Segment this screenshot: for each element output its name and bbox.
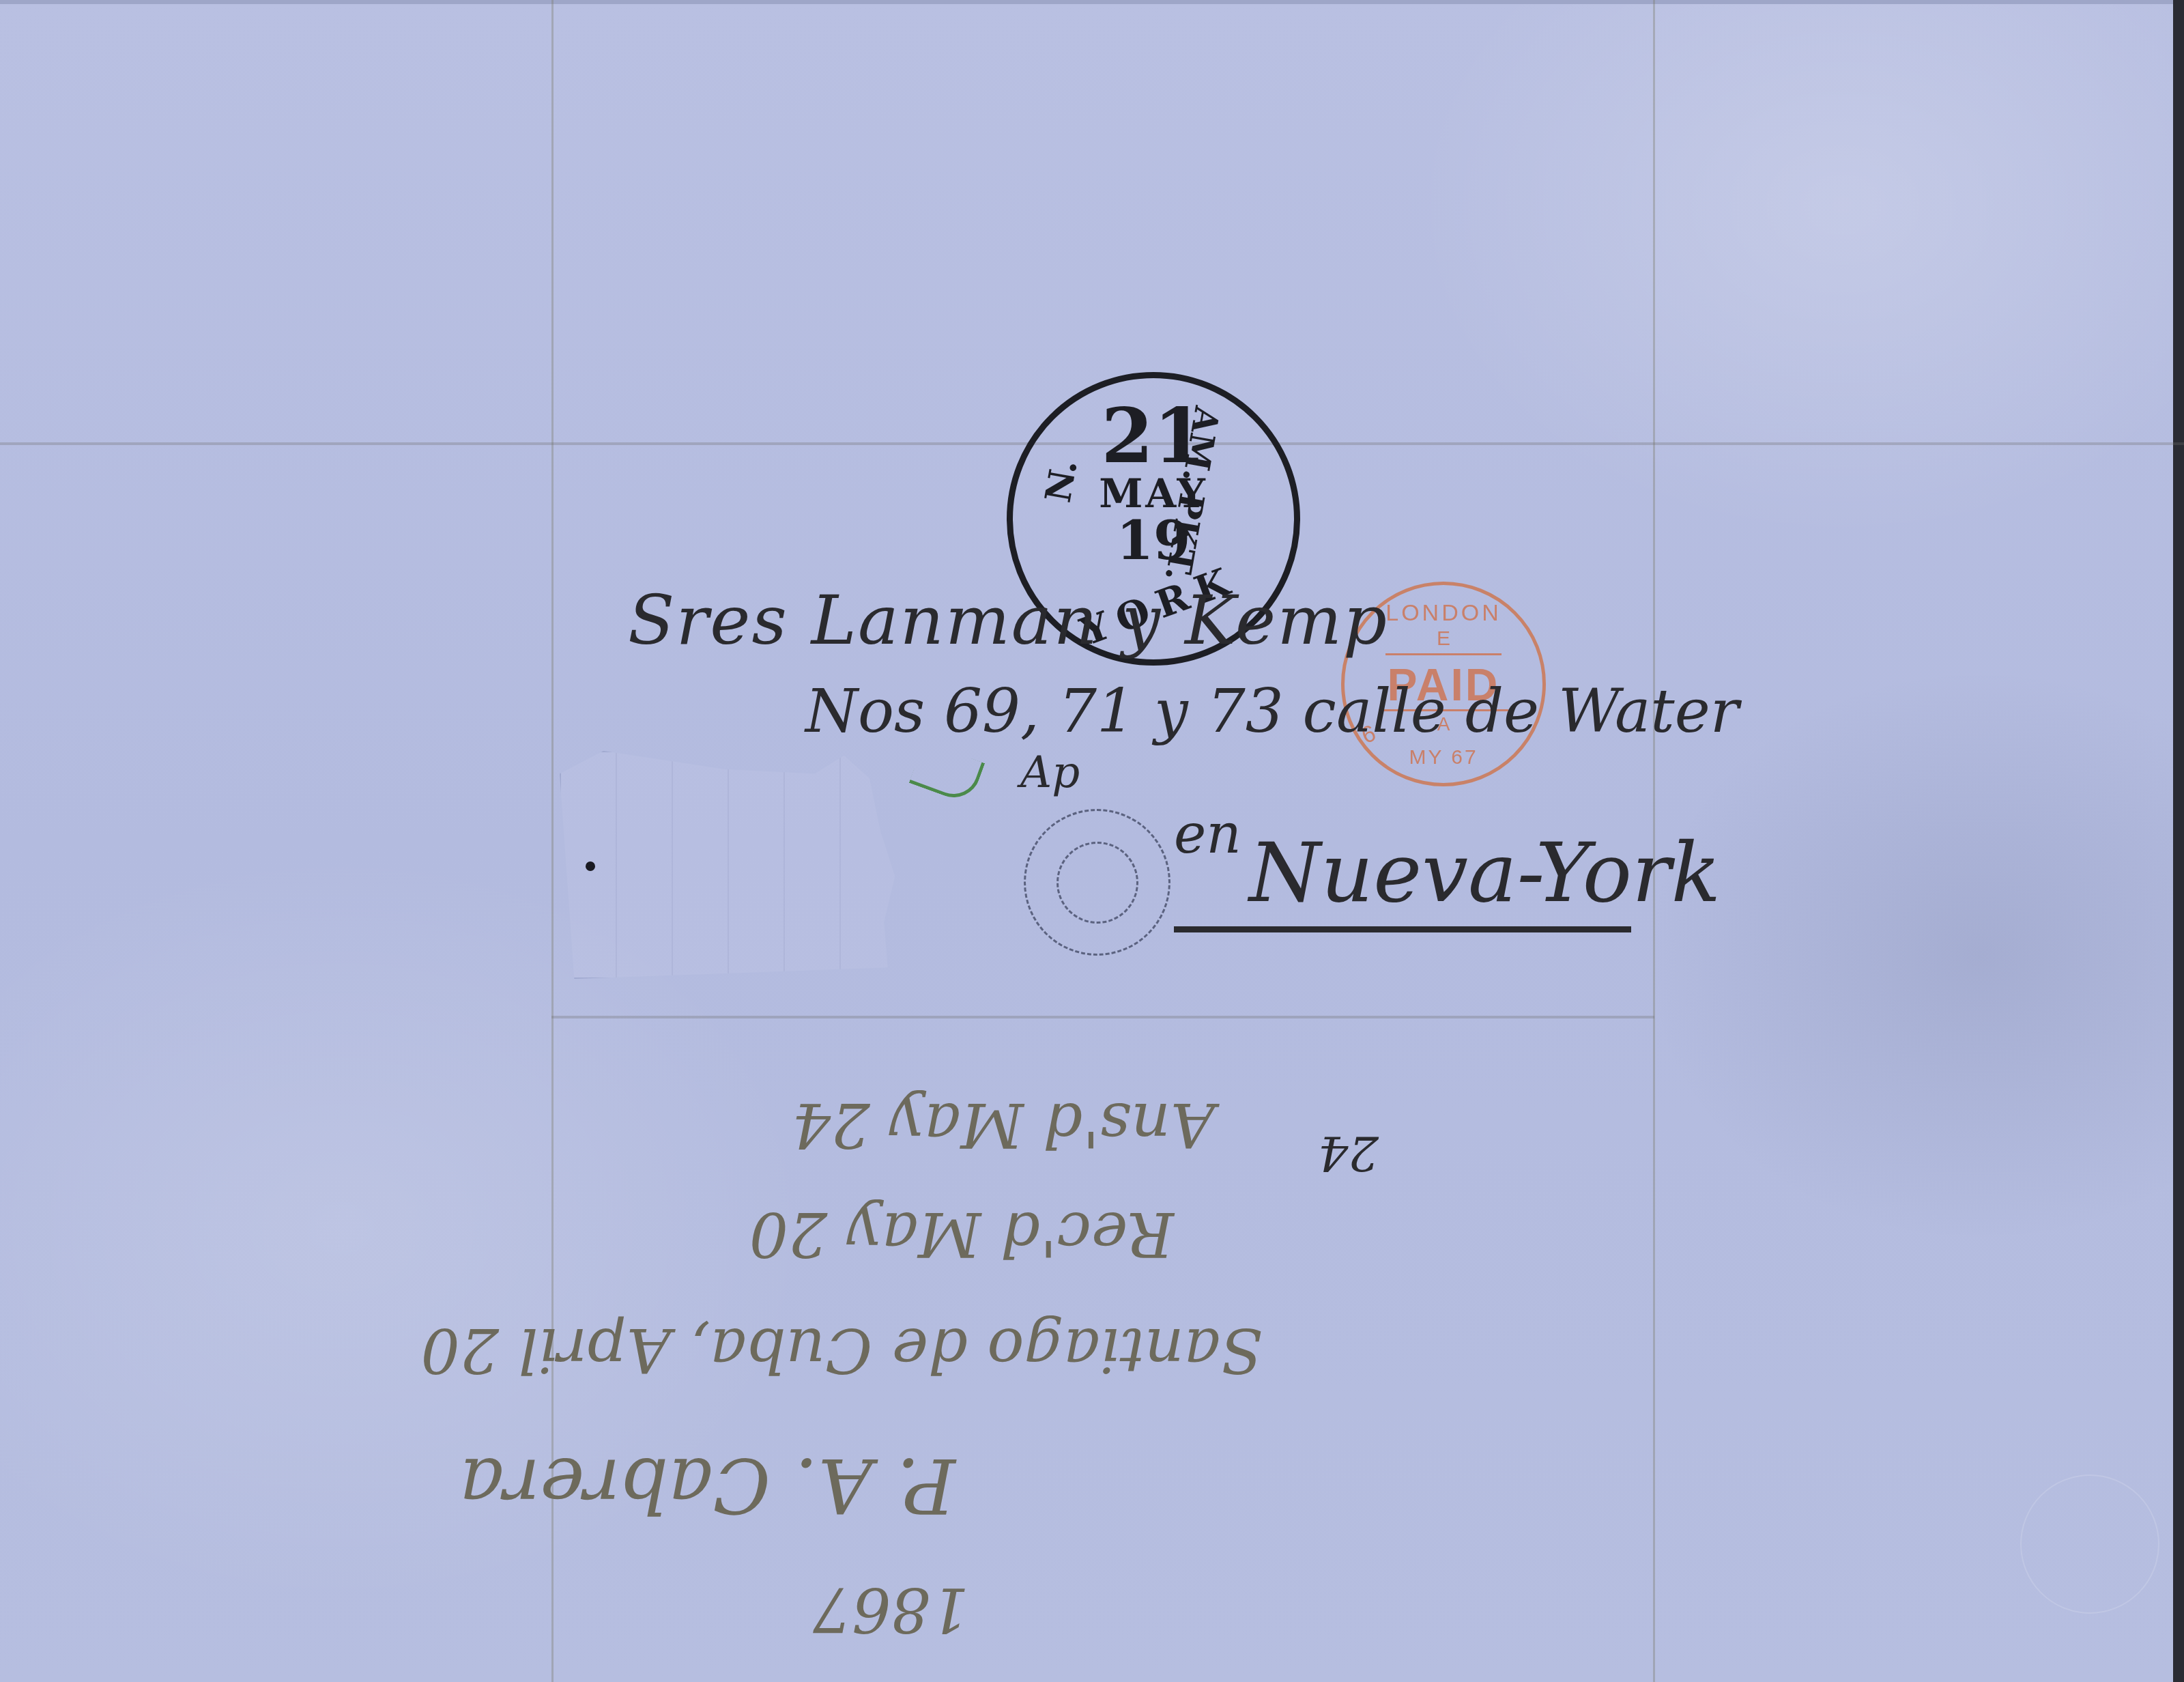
- docket-margin-mark: 24: [1318, 1125, 1379, 1181]
- blue-circular-handstamp: [1024, 809, 1170, 956]
- addressee-street: Nos 69, 71 y 73 calle de Water: [805, 676, 1739, 746]
- docket-notation: 1867 P. A. Cabrera Santiago de Cuba, Apr…: [682, 1044, 1501, 1659]
- routing-mark: Ap: [1020, 747, 1080, 798]
- docket-sender: P. A. Cabrera: [459, 1442, 955, 1529]
- address-prefix: en: [1174, 802, 1241, 866]
- vertical-fold-left: [551, 0, 554, 1682]
- docket-year: 1867: [813, 1573, 969, 1645]
- london-bar-top: [1385, 653, 1501, 655]
- postmark-rate: 19: [1013, 515, 1294, 568]
- blue-handstamp-inner-ring: [1057, 842, 1138, 924]
- addressee-city: Nueva-York: [1249, 826, 1721, 921]
- docket-origin-date: Santiago de Cuba, April 20: [421, 1314, 1263, 1386]
- removed-seal-patch: [560, 751, 924, 979]
- docket-answered: Ans'd May 24: [792, 1089, 1215, 1160]
- green-pencil-mark: [909, 741, 986, 806]
- address-underline: [1174, 926, 1631, 932]
- london-date: MY 67: [1345, 746, 1542, 769]
- ink-dot: [586, 861, 595, 871]
- addressee-name: Sres Lanman y Kemp: [628, 580, 1388, 660]
- sheet-right-edge: [2173, 0, 2184, 1682]
- docket-received: Rec'd May 20: [749, 1198, 1174, 1270]
- horizontal-fold-bottom: [551, 1016, 1654, 1018]
- sheet-top-edge: [0, 0, 2184, 4]
- postmark-ring-text-n: N.: [1037, 457, 1086, 506]
- letter-sheet: 21 MAY 19 N. YORK AM. PKT. LONDON E PAID…: [0, 0, 2184, 1682]
- blind-embossing: [2020, 1474, 2159, 1614]
